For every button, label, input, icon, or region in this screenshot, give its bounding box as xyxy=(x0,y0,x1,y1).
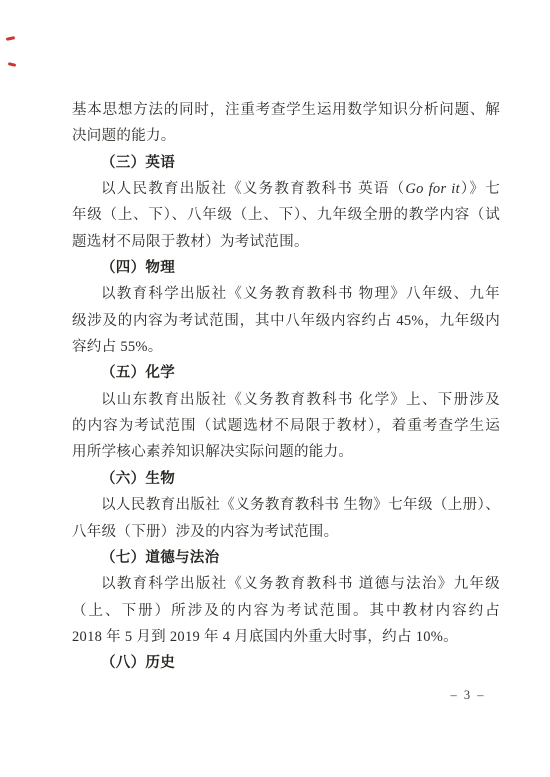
section-heading: （六）生物 xyxy=(72,466,500,492)
text-line: 基本思想方法的同时，注重考查学生运用数学知识分析问题、解 xyxy=(72,97,500,123)
document-page: 基本思想方法的同时，注重考查学生运用数学知识分析问题、解决问题的能力。（三）英语… xyxy=(0,0,550,777)
text-line: 以山东教育出版社《义务教育教科书 化学》上、下册涉及 xyxy=(72,387,500,413)
text-line: 以教育科学出版社《义务教育教科书 物理》八年级、九年 xyxy=(72,281,500,307)
text-line: 年级（上、下）、八年级（上、下）、九年级全册的教学内容（试 xyxy=(72,202,500,228)
text-line: （上、下册）所涉及的内容为考试范围。其中教材内容约占 90%， xyxy=(72,598,500,624)
section-heading: （三）英语 xyxy=(72,150,500,176)
text-line: 用所学核心素养知识解决实际问题的能力。 xyxy=(72,439,500,465)
section-heading: （五）化学 xyxy=(72,360,500,386)
text-line: 八年级（下册）涉及的内容为考试范围。 xyxy=(72,519,500,545)
section-heading: （四）物理 xyxy=(72,255,500,281)
red-pen-mark-1 xyxy=(6,36,15,41)
text-line: 的内容为考试范围（试题选材不局限于教材），着重考查学生运 xyxy=(72,413,500,439)
text-line: 决问题的能力。 xyxy=(72,123,500,149)
section-heading: （七）道德与法治 xyxy=(72,545,500,571)
text-line: 以教育科学出版社《义务教育教科书 道德与法治》九年级 xyxy=(72,571,500,597)
latin-italic-text: Go for it xyxy=(405,181,460,197)
text-line: 2018 年 5 月到 2019 年 4 月底国内外重大时事，约占 10%。 xyxy=(72,624,500,650)
text-line: 级涉及的内容为考试范围，其中八年级内容约占 45%，九年级内 xyxy=(72,308,500,334)
page-number: – 3 – xyxy=(436,688,500,703)
text-line: 以人民教育出版社《义务教育教科书 英语（Go for it）》七 xyxy=(72,176,500,202)
section-heading: （八）历史 xyxy=(72,650,500,676)
document-body: 基本思想方法的同时，注重考查学生运用数学知识分析问题、解决问题的能力。（三）英语… xyxy=(72,97,500,677)
text-line: 以人民教育出版社《义务教育教科书 生物》七年级（上册）、 xyxy=(72,492,500,518)
text-line: 题选材不局限于教材）为考试范围。 xyxy=(72,229,500,255)
text-line: 容约占 55%。 xyxy=(72,334,500,360)
red-pen-mark-2 xyxy=(8,62,16,67)
